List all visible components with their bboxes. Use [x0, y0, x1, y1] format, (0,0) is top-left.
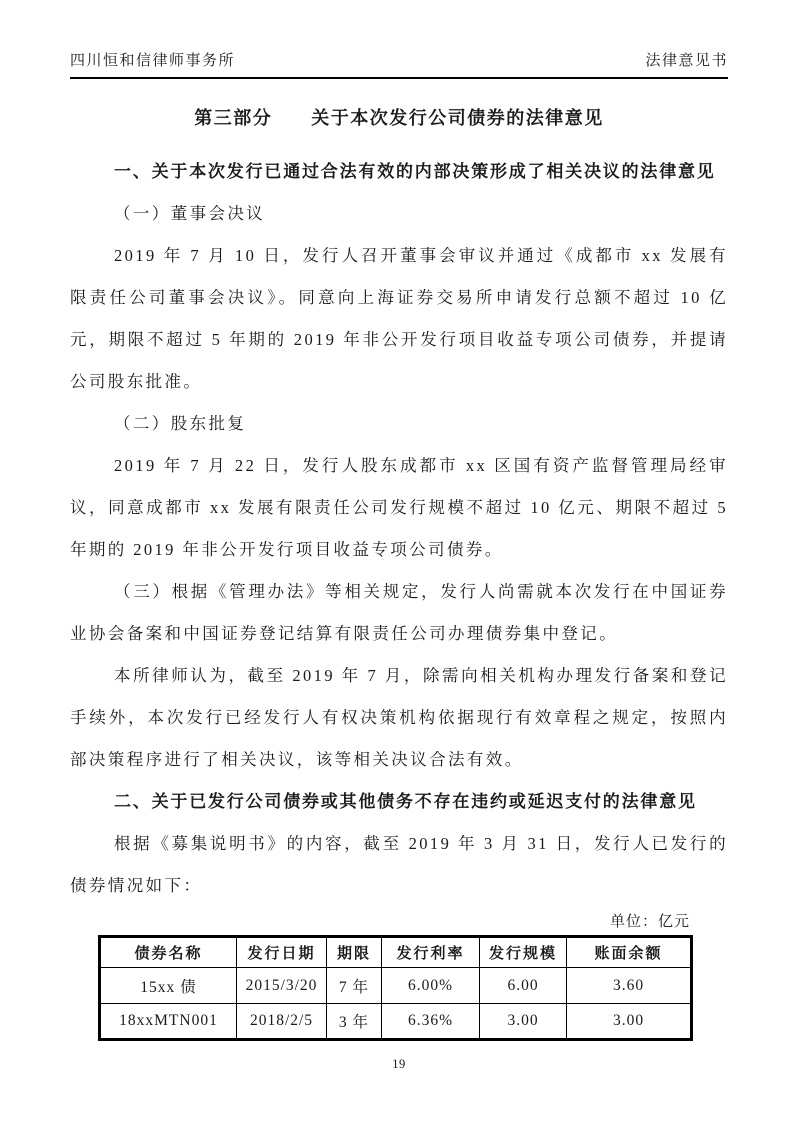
page-header: 四川恒和信律师事务所 法律意见书	[70, 0, 728, 79]
document-title: 第三部分 关于本次发行公司债券的法律意见	[70, 97, 728, 139]
table-row: 18xxMTN001 2018/2/5 3 年 6.36% 3.00 3.00	[100, 1004, 692, 1040]
table-row: 15xx 债 2015/3/20 7 年 6.00% 6.00 3.60	[100, 968, 692, 1004]
bond-table: 债券名称 发行日期 期限 发行利率 发行规模 账面余额 15xx 债 2015/…	[98, 935, 693, 1041]
cell-issue-date: 2018/2/5	[237, 1004, 327, 1040]
subsection-1-label: （一）董事会决议	[70, 193, 728, 235]
issued-bonds-intro-paragraph: 根据《募集说明书》的内容，截至 2019 年 3 月 31 日，发行人已发行的债…	[70, 823, 728, 907]
cell-issue-date: 2015/3/20	[237, 968, 327, 1004]
cell-book-balance: 3.60	[567, 968, 692, 1004]
col-header-rate: 发行利率	[382, 937, 480, 968]
col-header-issue-date: 发行日期	[237, 937, 327, 968]
cell-bond-name: 15xx 债	[100, 968, 237, 1004]
cell-book-balance: 3.00	[567, 1004, 692, 1040]
cell-rate: 6.00%	[382, 968, 480, 1004]
col-header-book-balance: 账面余额	[567, 937, 692, 968]
document-page: 四川恒和信律师事务所 法律意见书 第三部分 关于本次发行公司债券的法律意见 一、…	[0, 0, 794, 1123]
col-header-scale: 发行规模	[480, 937, 567, 968]
section-1-heading: 一、关于本次发行已通过合法有效的内部决策形成了相关决议的法律意见	[70, 151, 728, 193]
cell-term: 7 年	[327, 968, 382, 1004]
subsection-3-paragraph: （三）根据《管理办法》等相关规定，发行人尚需就本次发行在中国证券业协会备案和中国…	[70, 571, 728, 655]
header-firm-name: 四川恒和信律师事务所	[70, 51, 235, 71]
table-unit-label: 单位：亿元	[70, 909, 728, 935]
table-header-row: 债券名称 发行日期 期限 发行利率 发行规模 账面余额	[100, 937, 692, 968]
cell-scale: 3.00	[480, 1004, 567, 1040]
lawyer-opinion-paragraph: 本所律师认为，截至 2019 年 7 月，除需向相关机构办理发行备案和登记手续外…	[70, 655, 728, 781]
page-content: 四川恒和信律师事务所 法律意见书 第三部分 关于本次发行公司债券的法律意见 一、…	[70, 0, 728, 1072]
section-2-heading: 二、关于已发行公司债券或其他债务不存在违约或延迟支付的法律意见	[70, 781, 728, 823]
subsection-2-label: （二）股东批复	[70, 403, 728, 445]
cell-term: 3 年	[327, 1004, 382, 1040]
page-number: 19	[70, 1057, 728, 1072]
header-doc-type: 法律意见书	[645, 51, 728, 71]
shareholder-approval-paragraph: 2019 年 7 月 22 日，发行人股东成都市 xx 区国有资产监督管理局经审…	[70, 445, 728, 571]
cell-bond-name: 18xxMTN001	[100, 1004, 237, 1040]
cell-rate: 6.36%	[382, 1004, 480, 1040]
cell-scale: 6.00	[480, 968, 567, 1004]
col-header-bond-name: 债券名称	[100, 937, 237, 968]
board-resolution-paragraph: 2019 年 7 月 10 日，发行人召开董事会审议并通过《成都市 xx 发展有…	[70, 235, 728, 403]
col-header-term: 期限	[327, 937, 382, 968]
